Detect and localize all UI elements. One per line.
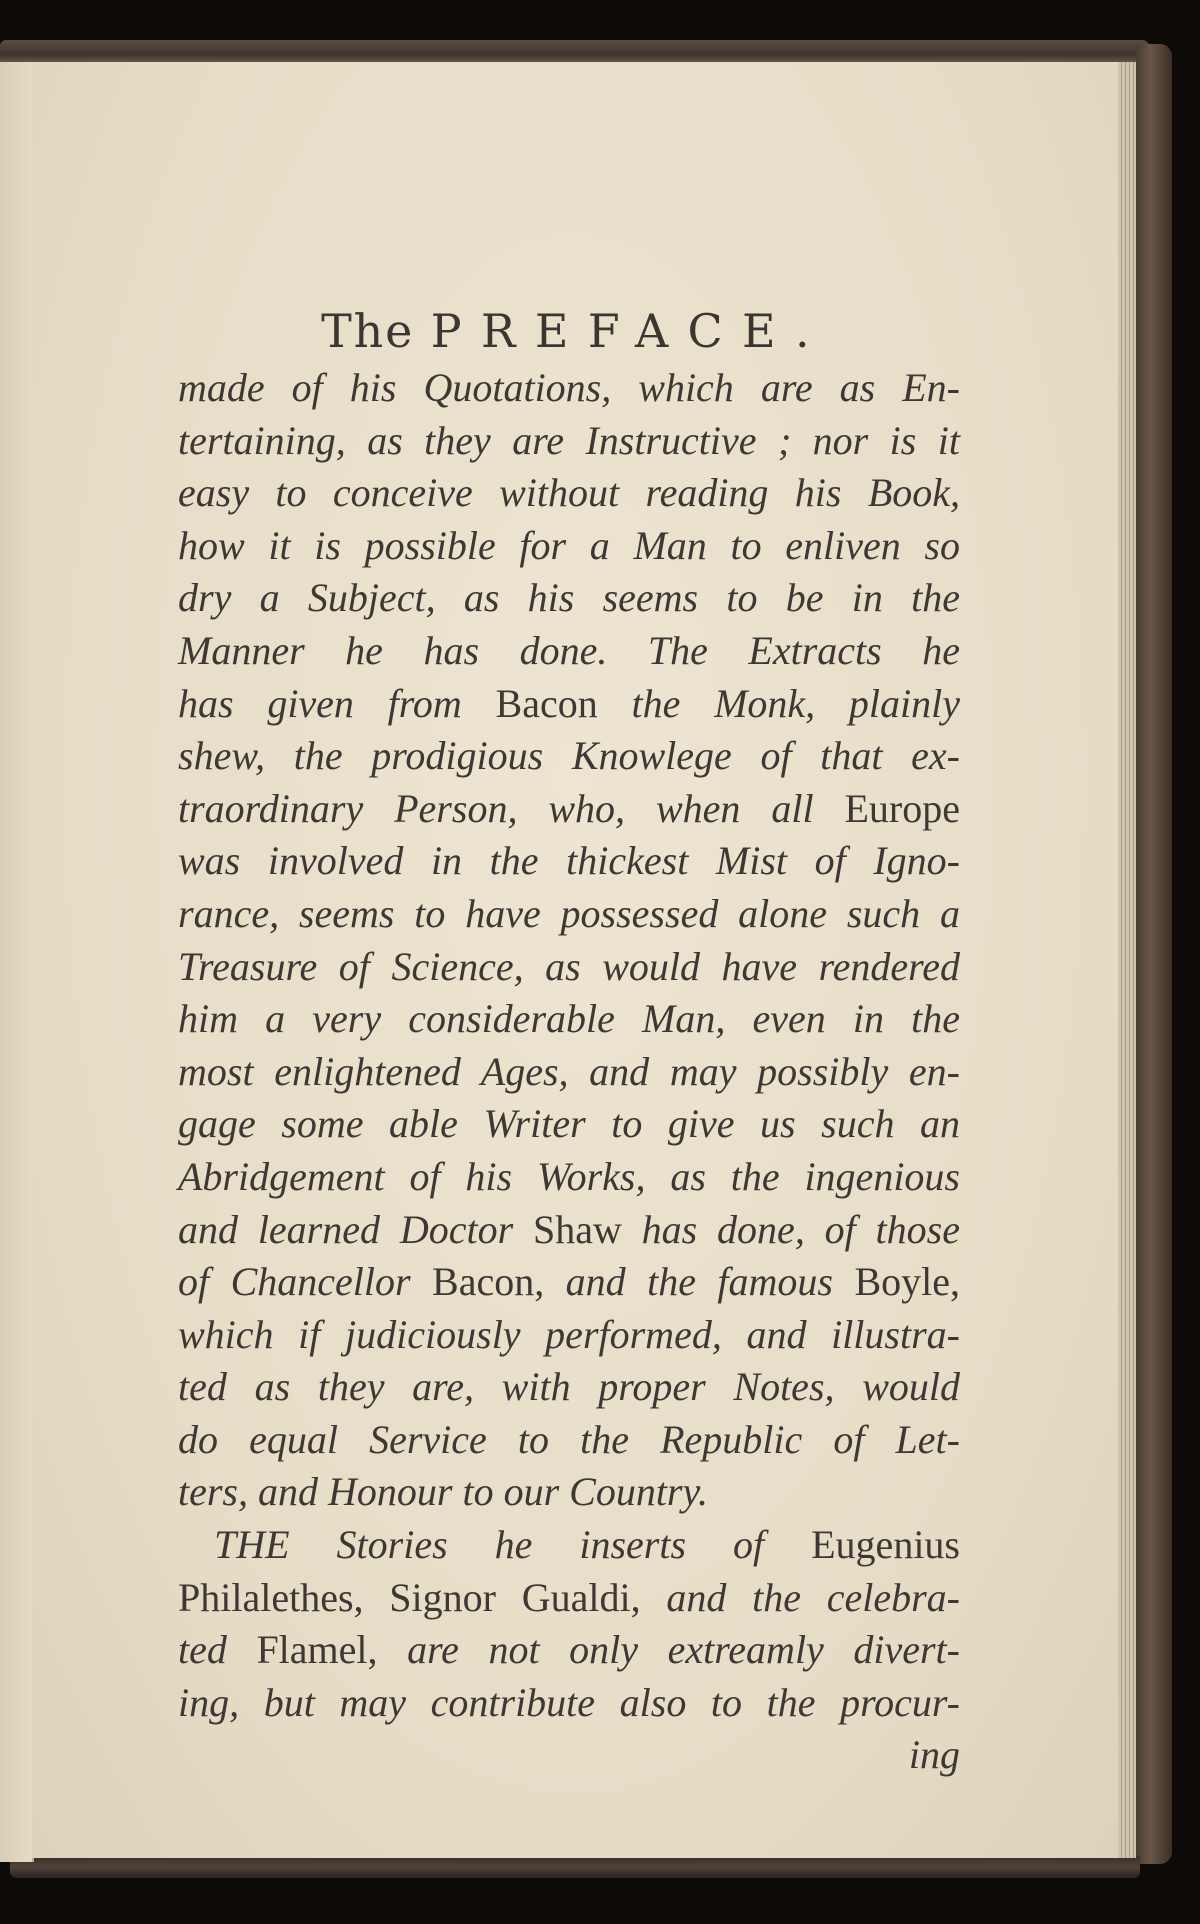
text-line: of Chancellor Bacon, and the famous Boyl… [178, 1256, 960, 1309]
text-line: Philalethes, Signor Gualdi, and the cele… [178, 1572, 960, 1625]
text-line: shew, the prodigious Knowlege of that ex… [178, 730, 960, 783]
text-line: tertaining, as they are Instructive ; no… [178, 415, 960, 468]
italic-run: has given from [178, 681, 496, 726]
italic-run: ing, but may contribute also to the proc… [178, 1680, 960, 1725]
italic-run: most enlightened Ages, and may possibly … [178, 1049, 960, 1094]
text-line: him a very considerable Man, even in the [178, 993, 960, 1046]
italic-run: of Chancellor [178, 1259, 432, 1304]
roman-run: Philalethes, Signor Gualdi, [178, 1575, 641, 1620]
text-line: ted Flamel, are not only extreamly diver… [178, 1624, 960, 1677]
text-line: ted as they are, with proper Notes, woul… [178, 1361, 960, 1414]
text-line: THE Stories he inserts of Eugenius [178, 1519, 960, 1572]
text-line: dry a Subject, as his seems to be in the [178, 572, 960, 625]
running-head-main: PREFACE. [431, 304, 829, 358]
roman-run: Eugenius [811, 1522, 960, 1567]
text-line: how it is possible for a Man to enliven … [178, 520, 960, 573]
italic-run: ted as they are, with proper Notes, woul… [178, 1364, 960, 1409]
italic-run: dry a Subject, as his seems to be in the [178, 575, 960, 620]
page-block-edges [1118, 62, 1136, 1858]
roman-run: Shaw [533, 1207, 622, 1252]
book-cover-bottom [10, 1856, 1140, 1878]
italic-run: gage some able Writer to give us such an [178, 1101, 960, 1146]
text-line: ters, and Honour to our Country. [178, 1466, 960, 1519]
text-line: made of his Quotations, which are as En- [178, 362, 960, 415]
roman-run: Flamel, [256, 1627, 377, 1672]
text-line: gage some able Writer to give us such an [178, 1098, 960, 1151]
text-line: most enlightened Ages, and may possibly … [178, 1046, 960, 1099]
roman-run: Boyle, [854, 1259, 960, 1304]
italic-run: easy to conceive without reading his Boo… [178, 470, 960, 515]
italic-run: and learned Doctor [178, 1207, 533, 1252]
text-line: ing, but may contribute also to the proc… [178, 1677, 960, 1730]
italic-run: was involved in the thickest Mist of Ign… [178, 838, 960, 883]
italic-run: made of his Quotations, which are as En- [178, 365, 960, 410]
roman-run: Europe [844, 786, 960, 831]
italic-run: and the famous [544, 1259, 854, 1304]
roman-run: Bacon, [432, 1259, 544, 1304]
text-line: do equal Service to the Republic of Let- [178, 1414, 960, 1467]
italic-run: Manner he has done. The Extracts he [178, 628, 960, 673]
italic-run: THE Stories he inserts of [214, 1522, 811, 1567]
body-text: made of his Quotations, which are as En-… [178, 362, 960, 1782]
text-line: which if judiciously performed, and illu… [178, 1309, 960, 1362]
text-line: Abridgement of his Works, as the ingenio… [178, 1151, 960, 1204]
book-page: The PREFACE. made of his Quotations, whi… [32, 62, 1118, 1858]
italic-run: tertaining, as they are Instructive ; no… [178, 418, 960, 463]
italic-run: rance, seems to have possessed alone suc… [178, 891, 960, 936]
text-line: was involved in the thickest Mist of Ign… [178, 835, 960, 888]
text-line: easy to conceive without reading his Boo… [178, 467, 960, 520]
italic-run: ters, and Honour to our Country. [178, 1469, 708, 1514]
text-line: has given from Bacon the Monk, plainly [178, 678, 960, 731]
text-line: traordinary Person, who, when all Europe [178, 783, 960, 836]
italic-run: do equal Service to the Republic of Let- [178, 1417, 960, 1462]
italic-run: him a very considerable Man, even in the [178, 996, 960, 1041]
catchword: ing [178, 1729, 960, 1782]
italic-run: which if judiciously performed, and illu… [178, 1312, 960, 1357]
text-line: Treasure of Science, as would have rende… [178, 941, 960, 994]
text-line: rance, seems to have possessed alone suc… [178, 888, 960, 941]
italic-run: and the celebra- [641, 1575, 960, 1620]
italic-run: traordinary Person, who, when all [178, 786, 844, 831]
book-cover-right [1136, 44, 1172, 1864]
italic-run: Abridgement of his Works, as the ingenio… [178, 1154, 960, 1199]
roman-run: Bacon [496, 681, 598, 726]
running-head-prefix: The [321, 304, 414, 358]
italic-run: how it is possible for a Man to enliven … [178, 523, 960, 568]
italic-run: the Monk, plainly [598, 681, 960, 726]
italic-run: shew, the prodigious Knowlege of that ex… [178, 733, 960, 778]
text-line: and learned Doctor Shaw has done, of tho… [178, 1204, 960, 1257]
italic-run: ted [178, 1627, 256, 1672]
text-line: Manner he has done. The Extracts he [178, 625, 960, 678]
book-cover-top [0, 40, 1150, 64]
italic-run: Treasure of Science, as would have rende… [178, 944, 960, 989]
facing-page-edge [0, 62, 34, 1862]
running-head: The PREFACE. [32, 304, 1118, 358]
italic-run: are not only extreamly divert- [378, 1627, 960, 1672]
italic-run: has done, of those [622, 1207, 960, 1252]
